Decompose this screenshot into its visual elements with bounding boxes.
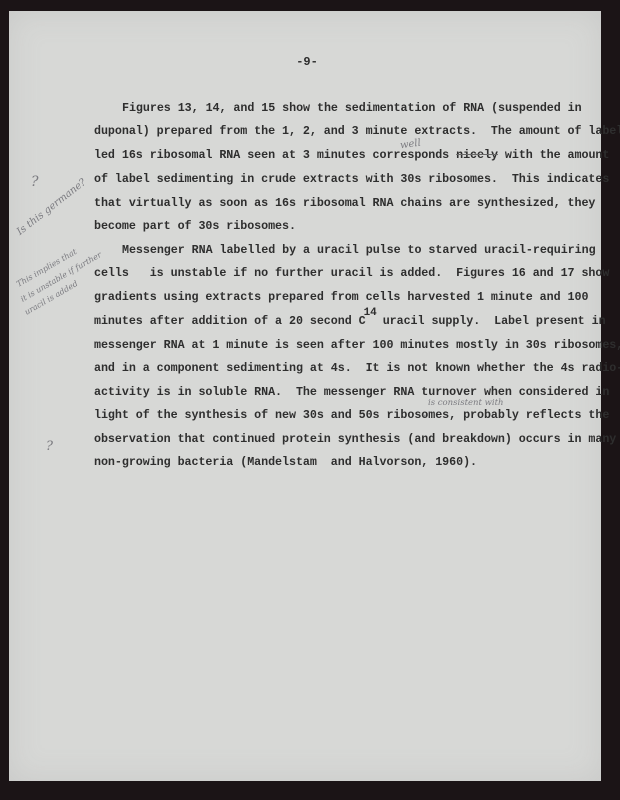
struck-word-nicely: nicely — [456, 148, 498, 162]
paragraph-2-line-9: observation that continued protein synth… — [94, 432, 616, 446]
handwritten-insertion-consistent: is consistent with — [428, 398, 504, 408]
paragraph-1-line-3: led 16s ribosomal RNA seen at 3 minutes … — [94, 148, 609, 162]
margin-note-germane: Is this germane? — [15, 174, 93, 238]
page-number: -9- — [9, 55, 603, 69]
paragraph-1-line-4: of label sedimenting in crude extracts w… — [94, 172, 609, 186]
margin-question-mark: ? — [31, 174, 39, 190]
document-page: -9- Figures 13, 14, and 15 show the sedi… — [9, 11, 601, 781]
paragraph-2-line-5: messenger RNA at 1 minute is seen after … — [94, 338, 620, 352]
paragraph-2-line-7: activity is in soluble RNA. The messenge… — [94, 385, 609, 399]
paragraph-2-line-4: minutes after addition of a 20 second C1… — [94, 314, 606, 329]
paragraph-2-line-1: Messenger RNA labelled by a uracil pulse… — [122, 243, 596, 257]
margin-question-mark-2: ? — [46, 439, 53, 454]
paragraph-1-line-5: that virtually as soon as 16s ribosomal … — [94, 196, 595, 210]
paragraph-2-line-6: and in a component sedimenting at 4s. It… — [94, 361, 620, 375]
line-3-text-b: with the amount — [498, 148, 609, 162]
line-text-a: minutes after addition of a 20 second C — [94, 314, 366, 328]
paragraph-2-line-10: non-growing bacteria (Mandelstam and Hal… — [94, 455, 477, 469]
paragraph-2-line-8: light of the synthesis of new 30s and 50… — [94, 408, 609, 422]
scanned-document: -9- Figures 13, 14, and 15 show the sedi… — [0, 0, 620, 800]
paragraph-1-line-6: become part of 30s ribosomes. — [94, 219, 296, 233]
line-text-b: uracil supply. Label present in — [383, 314, 606, 328]
paragraph-2-line-2: cells is unstable if no further uracil i… — [94, 266, 609, 280]
paragraph-1-line-2: duponal) prepared from the 1, 2, and 3 m… — [94, 124, 620, 138]
superscript-14: 14 — [364, 307, 377, 319]
paragraph-2-line-3: gradients using extracts prepared from c… — [94, 290, 588, 304]
paragraph-1-line-1: Figures 13, 14, and 15 show the sediment… — [122, 101, 582, 115]
